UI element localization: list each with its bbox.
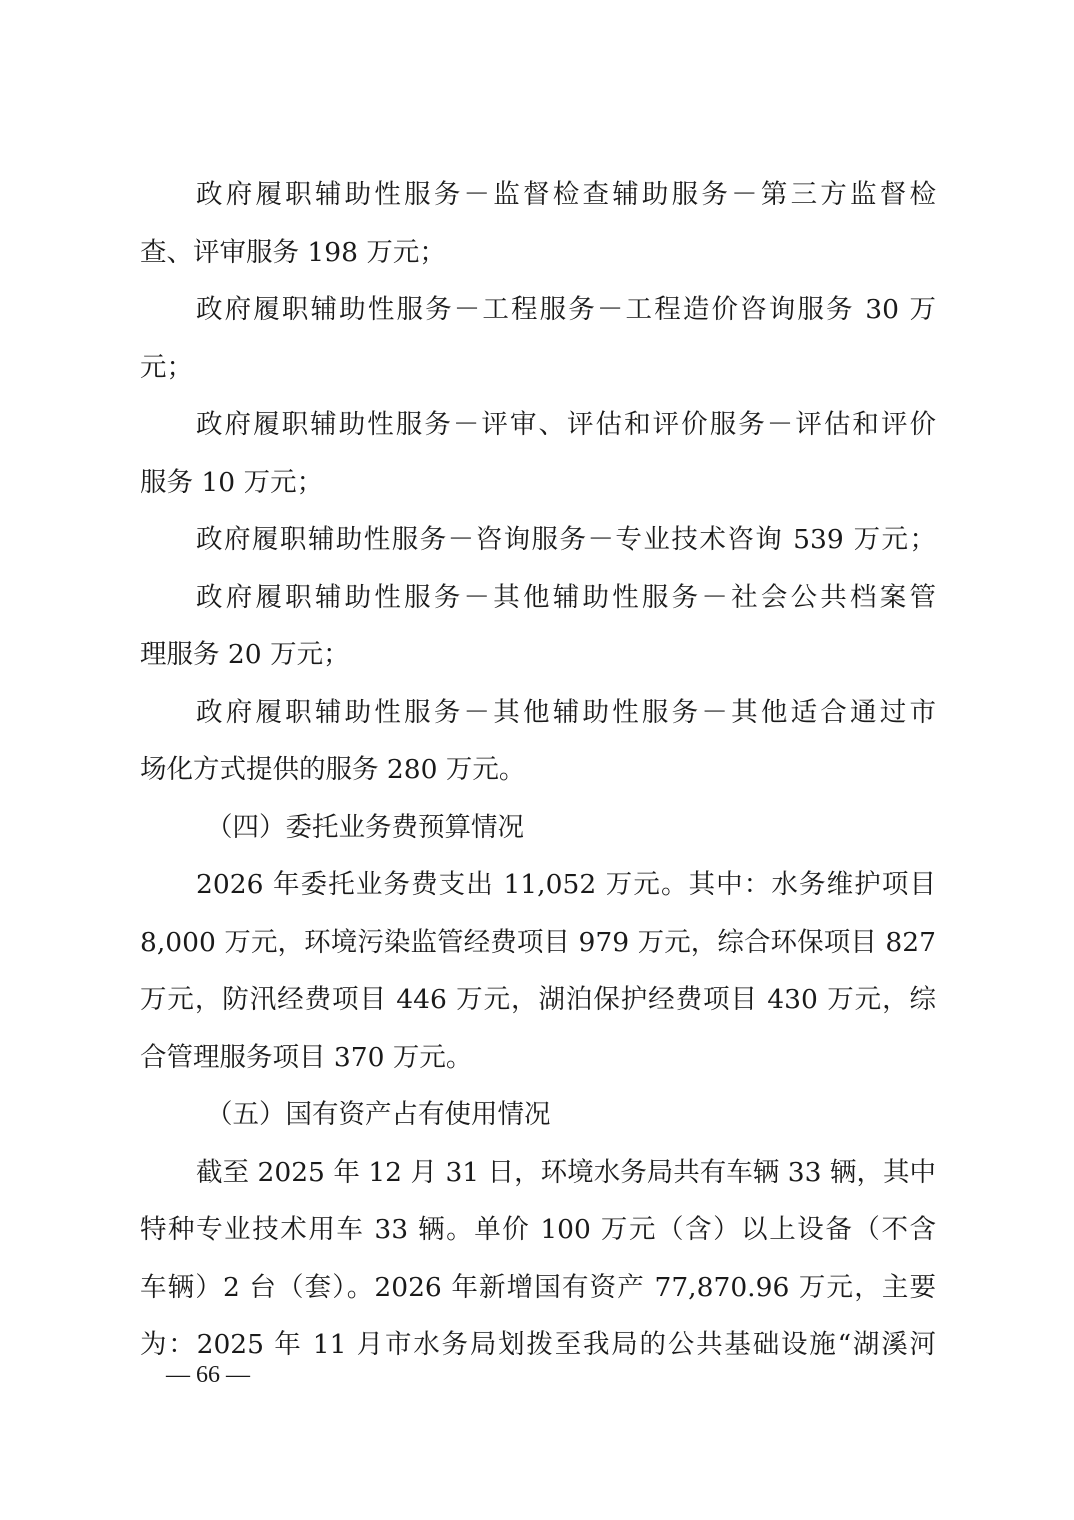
- text-line-service-6a: 政府履职辅助性服务－其他辅助性服务－其他适合通过市: [140, 684, 936, 742]
- text-line-service-2a: 政府履职辅助性服务－工程服务－工程造价咨询服务 30 万: [140, 281, 936, 339]
- text-line-assets-2: 特种专业技术用车 33 辆。单价 100 万元（含）以上设备（不含: [140, 1201, 936, 1259]
- section-heading-state-assets: （五）国有资产占有使用情况: [140, 1086, 936, 1144]
- text-line-assets-1: 截至 2025 年 12 月 31 日，环境水务局共有车辆 33 辆，其中: [140, 1144, 936, 1202]
- document-body: 政府履职辅助性服务－监督检查辅助服务－第三方监督检 查、评审服务 198 万元；…: [140, 166, 936, 1374]
- document-page: 政府履职辅助性服务－监督检查辅助服务－第三方监督检 查、评审服务 198 万元；…: [0, 0, 1074, 1520]
- text-line-service-5a: 政府履职辅助性服务－其他辅助性服务－社会公共档案管: [140, 569, 936, 627]
- text-line-commissioned-3: 万元，防汛经费项目 446 万元，湖泊保护经费项目 430 万元，综: [140, 971, 936, 1029]
- text-line-service-3a: 政府履职辅助性服务－评审、评估和评价服务－评估和评价: [140, 396, 936, 454]
- text-line-assets-4: 为：2025 年 11 月市水务局划拨至我局的公共基础设施“湖溪河: [140, 1316, 936, 1374]
- text-line-service-1b: 查、评审服务 198 万元；: [140, 224, 936, 282]
- text-line-commissioned-2: 8,000 万元，环境污染监管经费项目 979 万元，综合环保项目 827: [140, 914, 936, 972]
- text-line-service-6b: 场化方式提供的服务 280 万元。: [140, 741, 936, 799]
- page-number: — 66 —: [166, 1358, 250, 1392]
- text-line-service-4: 政府履职辅助性服务－咨询服务－专业技术咨询 539 万元；: [140, 511, 936, 569]
- text-line-service-1a: 政府履职辅助性服务－监督检查辅助服务－第三方监督检: [140, 166, 936, 224]
- text-line-service-3b: 服务 10 万元；: [140, 454, 936, 512]
- text-line-assets-3: 车辆）2 台（套）。2026 年新增国有资产 77,870.96 万元，主要: [140, 1259, 936, 1317]
- text-line-service-2b: 元；: [140, 339, 936, 397]
- text-line-service-5b: 理服务 20 万元；: [140, 626, 936, 684]
- section-heading-commissioned-fees: （四）委托业务费预算情况: [140, 799, 936, 857]
- text-line-commissioned-4: 合管理服务项目 370 万元。: [140, 1029, 936, 1087]
- text-line-commissioned-1: 2026 年委托业务费支出 11,052 万元。其中：水务维护项目: [140, 856, 936, 914]
